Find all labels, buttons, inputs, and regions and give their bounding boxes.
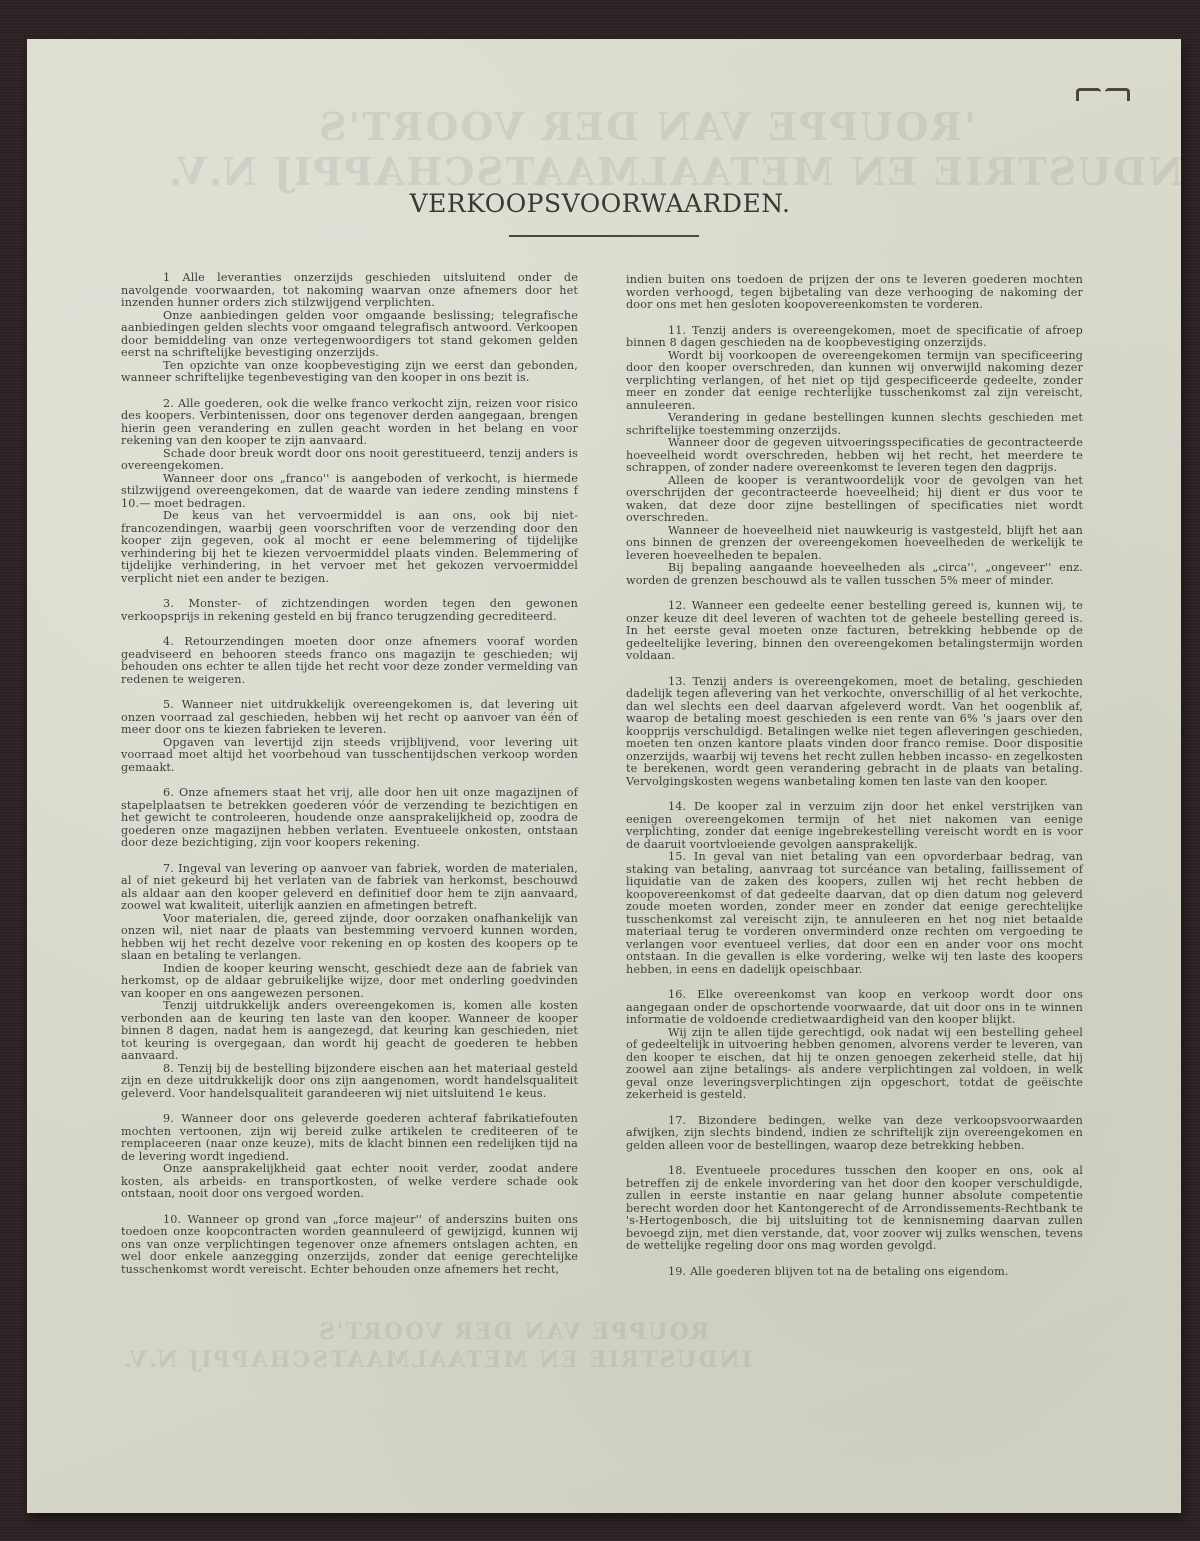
clause-paragraph: Onze aanbiedingen gelden voor omgaande b…: [121, 310, 578, 360]
staple-icon: [1105, 88, 1130, 101]
clause-paragraph: 2. Alle goederen, ook die welke franco v…: [121, 398, 578, 448]
clause-paragraph: 13. Tenzij anders is overeengekomen, moe…: [626, 676, 1083, 789]
clause-paragraph: Wanneer door de gegeven uitvoeringsspeci…: [626, 437, 1083, 475]
clause-paragraph: 16. Elke overeenkomst van koop en verkoo…: [626, 989, 1083, 1027]
clause-paragraph: 17. Bizondere bedingen, welke van deze v…: [626, 1115, 1083, 1153]
show-through-footer-1: ROUPPE VAN DER VOORT'S: [317, 1319, 709, 1345]
clause-paragraph: 4. Retourzendingen moeten door onze afne…: [121, 636, 578, 686]
clause-paragraph: 6. Onze afnemers staat het vrij, alle do…: [121, 787, 578, 850]
clause-paragraph: 7. Ingeval van levering op aanvoer van f…: [121, 863, 578, 913]
show-through-letterhead-2: INDUSTRIE EN METAALMAATSCHAPPIJ N.V.: [167, 149, 1200, 194]
clause-paragraph: indien buiten ons toedoen de prijzen der…: [626, 274, 1083, 312]
clause-paragraph: 19. Alle goederen blijven tot na de beta…: [626, 1266, 1083, 1279]
clause-paragraph: Voor materialen, die, gereed zijnde, doo…: [121, 913, 578, 963]
clause-paragraph: 12. Wanneer een gedeelte eener bestellin…: [626, 600, 1083, 663]
clause-paragraph: 3. Monster- of zichtzendingen worden teg…: [121, 598, 578, 623]
clause-paragraph: 9. Wanneer door ons geleverde goederen a…: [121, 1113, 578, 1163]
clause-paragraph: Ten opzichte van onze koopbevestiging zi…: [121, 360, 578, 385]
clause-paragraph: De keus van het vervoermiddel is aan ons…: [121, 510, 578, 585]
show-through-letterhead-1: 'ROUPPE VAN DER VOORT'S: [317, 104, 976, 149]
right-column: indien buiten ons toedoen de prijzen der…: [626, 274, 1083, 1278]
clause-paragraph: Verandering in gedane bestellingen kunne…: [626, 412, 1083, 437]
clause-paragraph: Tenzij uitdrukkelijk anders overeengekom…: [121, 1000, 578, 1063]
clause-paragraph: Schade door breuk wordt door ons nooit g…: [121, 448, 578, 473]
show-through-footer-2: INDUSTRIE EN METAALMAATSCHAPPIJ N.V.: [122, 1347, 752, 1373]
staple-icon: [1076, 88, 1101, 101]
left-column: 1 Alle leveranties onzerzijds geschieden…: [121, 272, 578, 1276]
clause-paragraph: 15. In geval van niet betaling van een o…: [626, 851, 1083, 976]
clause-paragraph: Wordt bij voorkoopen de overeengekomen t…: [626, 350, 1083, 413]
clause-paragraph: 1 Alle leveranties onzerzijds geschieden…: [121, 272, 578, 310]
clause-paragraph: Onze aansprakelijkheid gaat echter nooit…: [121, 1163, 578, 1201]
clause-paragraph: 8. Tenzij bij de bestelling bijzondere e…: [121, 1063, 578, 1101]
title-divider: [509, 235, 699, 237]
clause-paragraph: Wanneer de hoeveelheid niet nauwkeurig i…: [626, 525, 1083, 563]
clause-paragraph: Alleen de kooper is verantwoordelijk voo…: [626, 475, 1083, 525]
clause-paragraph: 18. Eventueele procedures tusschen den k…: [626, 1165, 1083, 1253]
document-title: VERKOOPSVOORWAARDEN.: [0, 189, 1200, 218]
clause-paragraph: Bij bepaling aangaande hoeveelheden als …: [626, 562, 1083, 587]
clause-paragraph: 14. De kooper zal in verzuim zijn door h…: [626, 801, 1083, 851]
clause-paragraph: 5. Wanneer niet uitdrukkelijk overeengek…: [121, 699, 578, 737]
clause-paragraph: 11. Tenzij anders is overeengekomen, moe…: [626, 325, 1083, 350]
clause-paragraph: Indien de kooper keuring wenscht, geschi…: [121, 963, 578, 1001]
clause-paragraph: Opgaven van levertijd zijn steeds vrijbl…: [121, 737, 578, 775]
clause-paragraph: Wanneer door ons „franco'' is aangeboden…: [121, 473, 578, 511]
clause-paragraph: Wij zijn te allen tijde gerechtigd, ook …: [626, 1027, 1083, 1102]
clause-paragraph: 10. Wanneer op grond van „force majeur''…: [121, 1214, 578, 1277]
